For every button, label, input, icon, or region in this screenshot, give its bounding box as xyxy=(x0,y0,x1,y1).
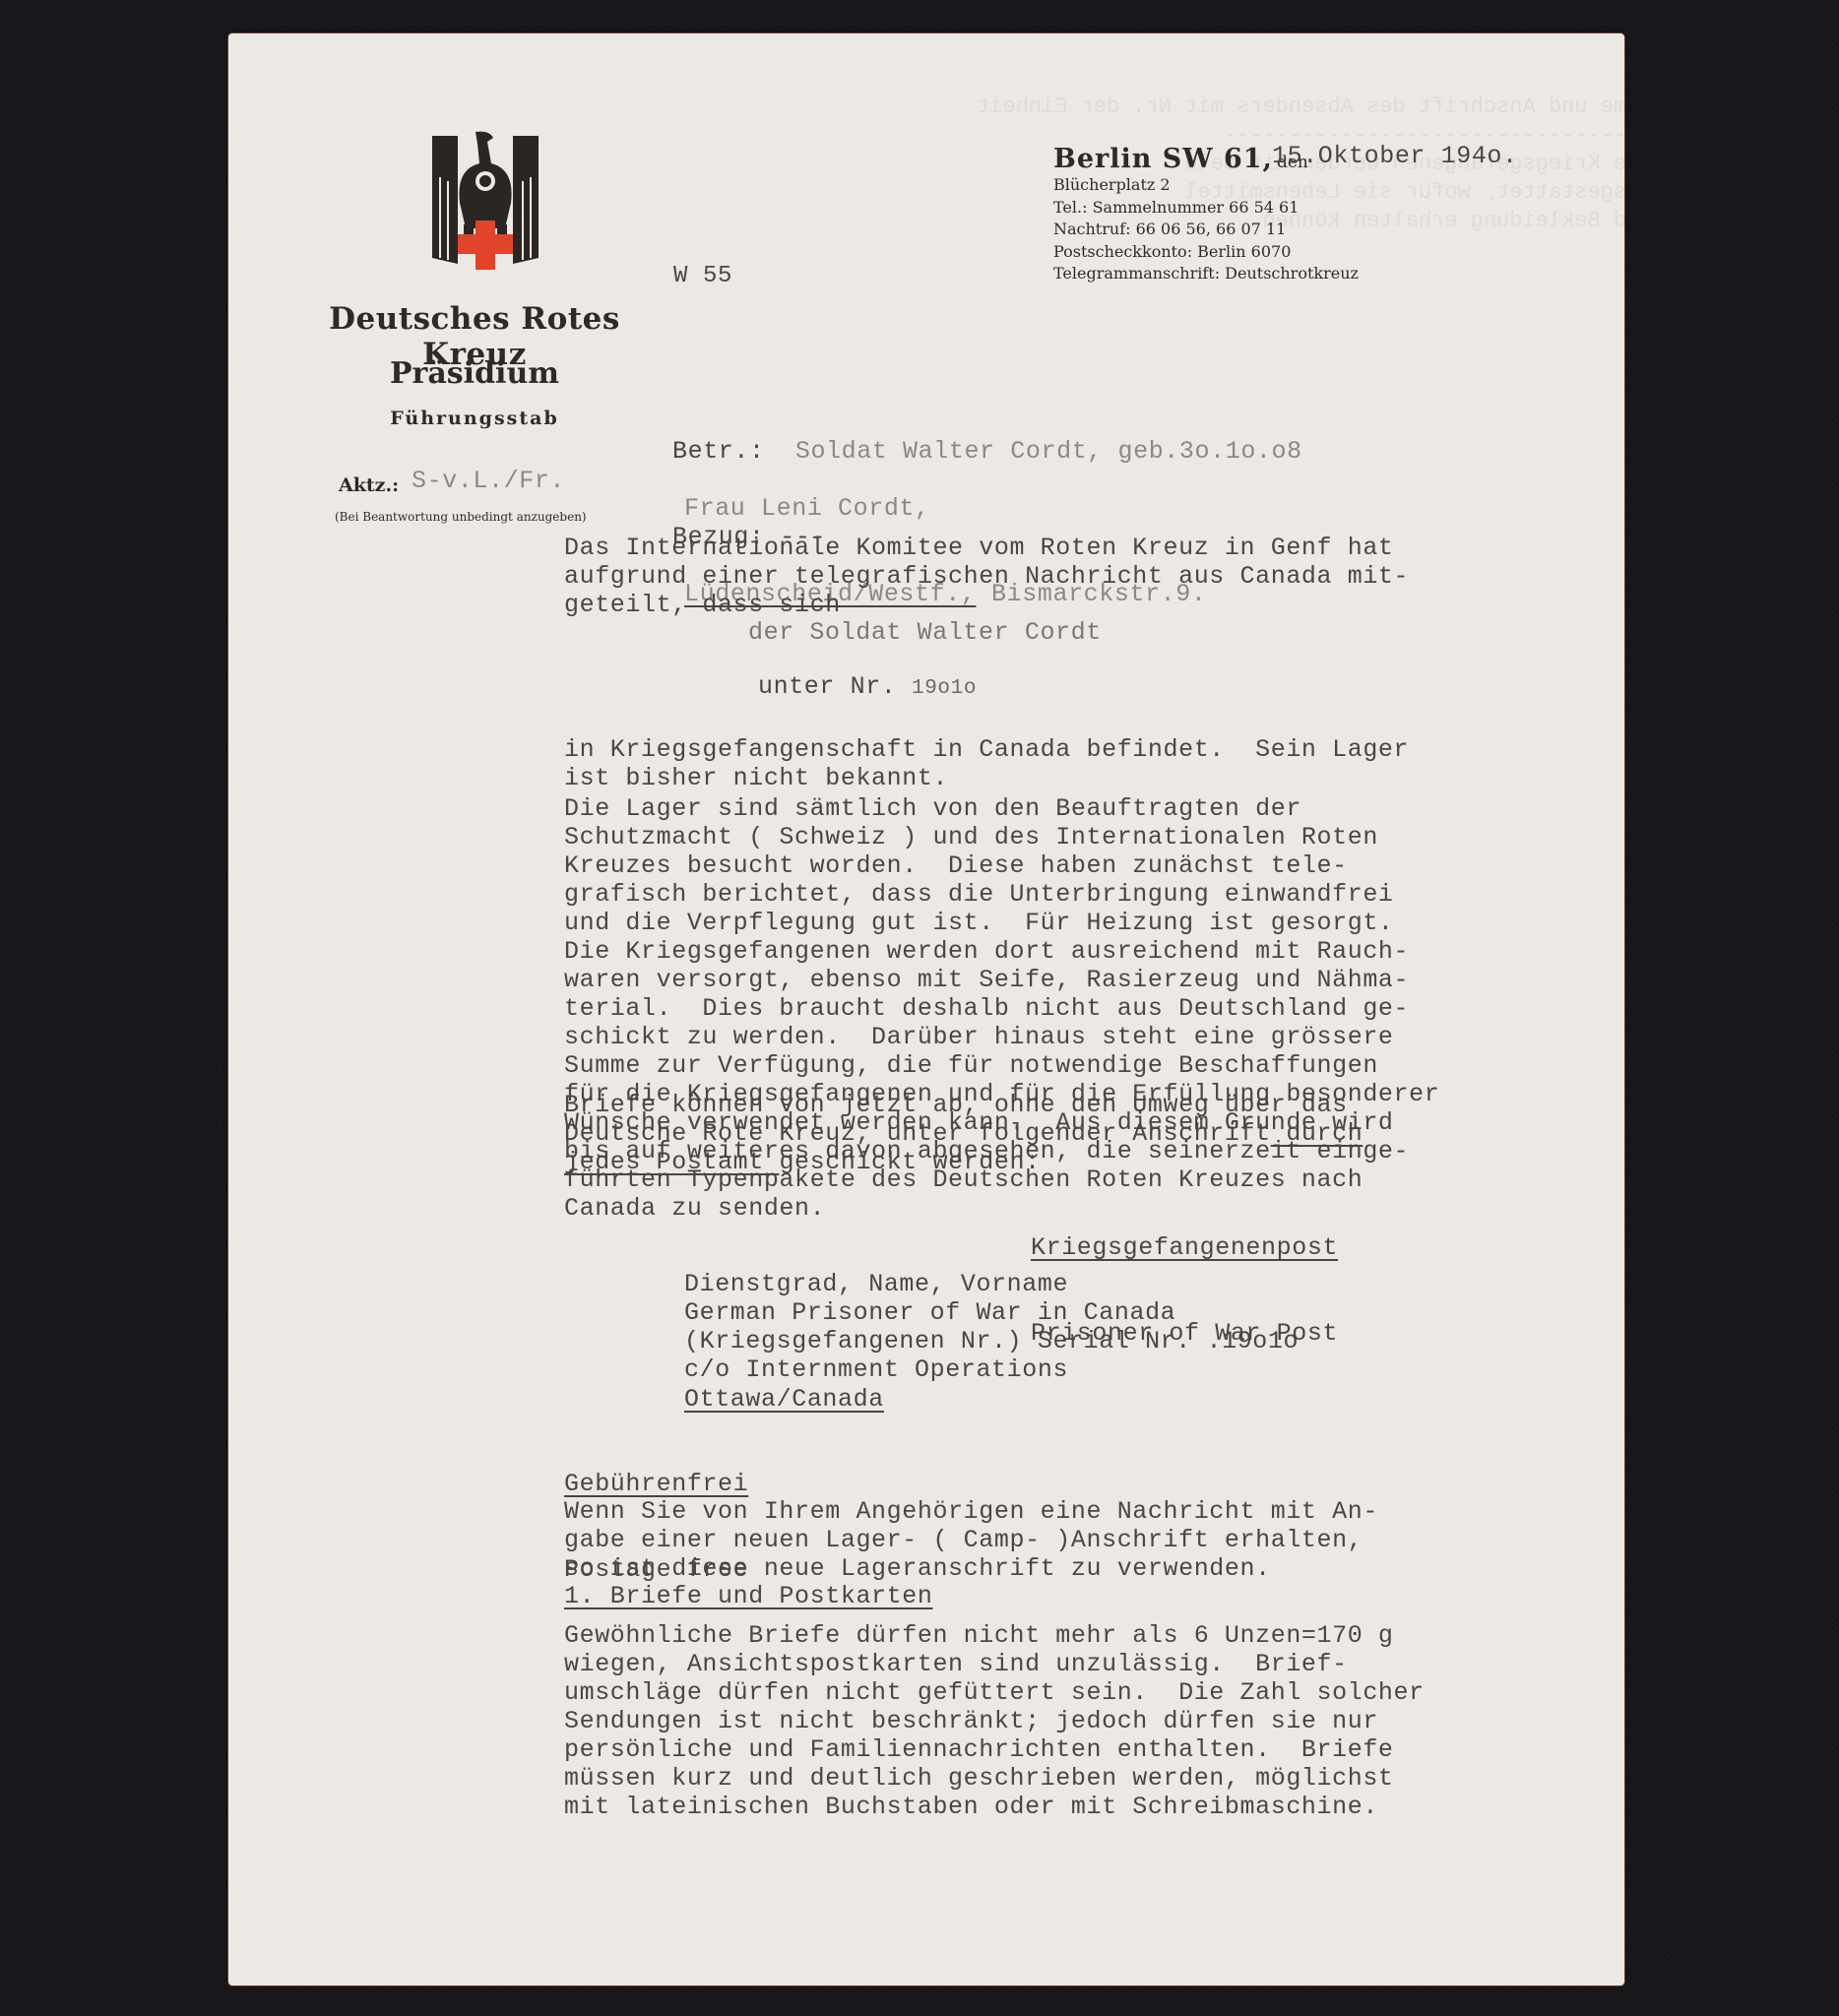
letterhead-city: Berlin SW 61, xyxy=(1053,144,1273,174)
organization-division: Präsidium xyxy=(287,356,662,391)
serial-number-line: unter Nr. 19o1o xyxy=(758,672,977,703)
mail-instructions-emphasis-2: jedes Postamt xyxy=(564,1148,779,1176)
reference-number: W 55 xyxy=(673,262,732,290)
mail-instructions-end: geschickt werden: xyxy=(779,1148,1040,1176)
paragraph-letter-rules: Gewöhnliche Briefe dürfen nicht mehr als… xyxy=(564,1621,1425,1821)
mail-instructions-text: Briefe können von jetzt ab, ohne den Umw… xyxy=(564,1091,1348,1148)
organization-department: Führungsstab xyxy=(287,408,662,429)
pow-address-block: Dienstgrad, Name, Vorname German Prisone… xyxy=(684,1270,1299,1384)
letter-page: Name und Anschrift des Absenders mit Nr.… xyxy=(228,33,1624,1985)
soldier-name-line: der Soldat Walter Cordt xyxy=(748,618,1102,647)
paragraph-notification: Das Internationale Komitee vom Roten Kre… xyxy=(564,534,1409,619)
letter-date: 15.Oktober 194o. xyxy=(1272,142,1518,170)
letterhead-night-phone: Nachtruf: 66 06 56, 66 07 11 xyxy=(1053,219,1359,241)
file-reference-label: Aktz.: xyxy=(339,474,399,496)
section-heading-letters: 1. Briefe und Postkarten xyxy=(564,1582,932,1610)
file-reference-value: S-v.L./Fr. xyxy=(412,467,565,495)
red-cross-eagle-logo-icon xyxy=(428,130,542,270)
paragraph-new-camp-address: Wenn Sie von Ihrem Angehörigen eine Nach… xyxy=(564,1497,1378,1583)
postage-free-german: Gebührenfrei xyxy=(564,1470,748,1498)
letterhead-postal-account: Postscheckkonto: Berlin 6070 xyxy=(1053,241,1359,264)
paragraph-mail-instructions: Briefe können von jetzt ab, ohne den Umw… xyxy=(564,1091,1363,1176)
letterhead-telegram-address: Telegrammanschrift: Deutschrotkreuz xyxy=(1053,263,1359,285)
paragraph-captivity: in Kriegsgefangenschaft in Canada befind… xyxy=(564,735,1409,792)
letterhead-street: Blücherplatz 2 xyxy=(1053,174,1359,197)
serial-value: 19o1o xyxy=(912,677,977,700)
file-reference-note: (Bei Beantwortung unbedingt anzugeben) xyxy=(335,510,587,524)
pow-address-city: Ottawa/Canada xyxy=(684,1385,884,1414)
letterhead-phone: Tel.: Sammelnummer 66 54 61 xyxy=(1053,197,1359,220)
mail-instructions-emphasis-1: durch xyxy=(1271,1119,1363,1148)
serial-label: unter Nr. xyxy=(758,672,912,701)
recipient-name: Frau Leni Cordt, xyxy=(684,494,1207,523)
pow-post-german: Kriegsgefangenenpost xyxy=(1031,1233,1338,1262)
